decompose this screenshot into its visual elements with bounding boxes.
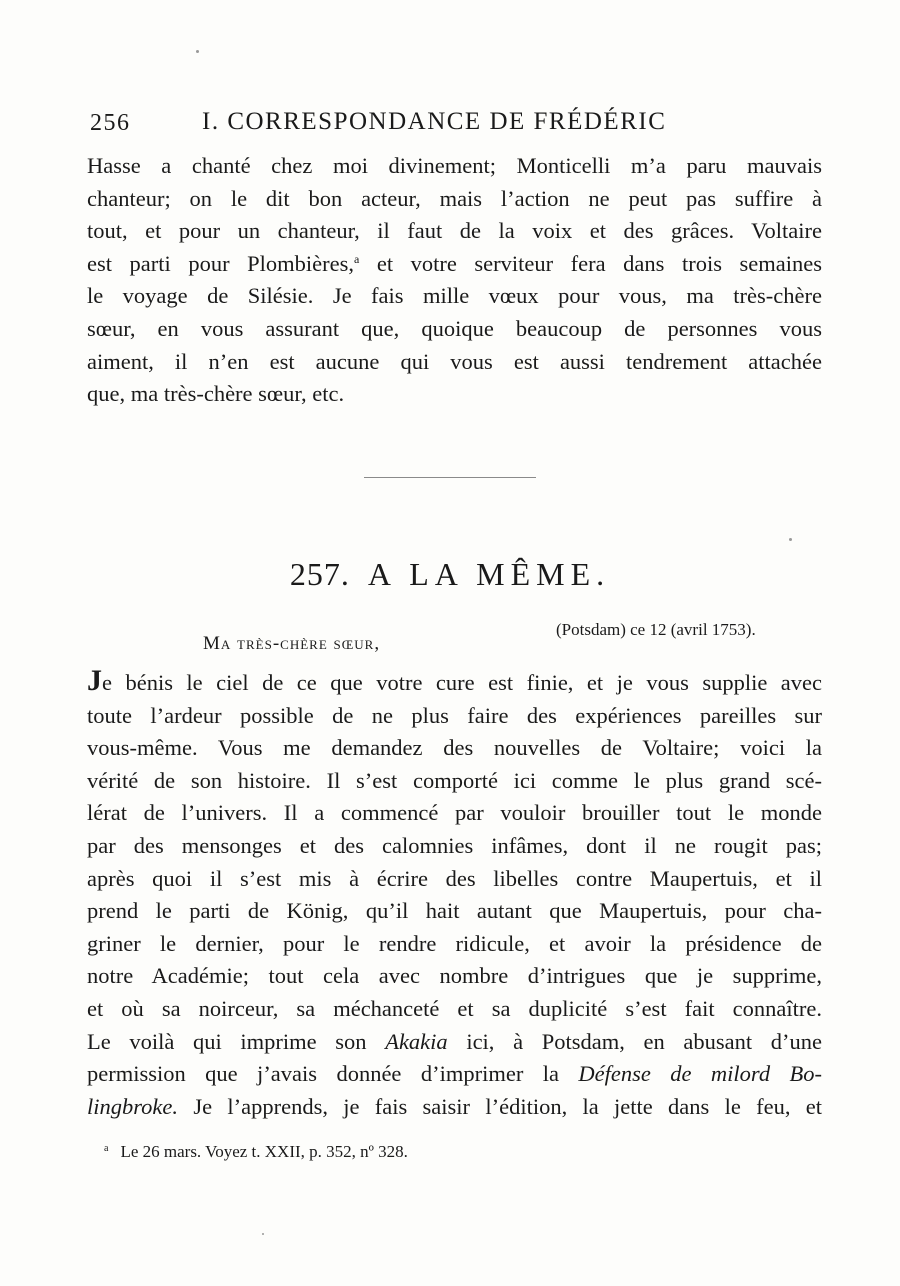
text-line: sœur, en vous assurant que, quoique beau… xyxy=(87,313,822,346)
section-divider xyxy=(364,477,536,478)
text-line: Hasse a chanté chez moi divinement; Mont… xyxy=(87,150,822,183)
text-line: notre Académie; tout cela avec nombre d’… xyxy=(87,960,822,993)
text-line: permission que j’avais donnée d’imprimer… xyxy=(87,1058,822,1091)
dateline: (Potsdam) ce 12 (avril 1753). xyxy=(556,620,756,640)
running-head: 256 I. CORRESPONDANCE DE FRÉDÉRIC xyxy=(90,108,820,142)
text-line: vérité de son histoire. Il s’est comport… xyxy=(87,765,822,798)
letter-title: A LA MÊME. xyxy=(368,556,610,592)
scan-speck xyxy=(789,538,792,541)
text-line: Le voilà qui imprime son Akakia ici, à P… xyxy=(87,1026,822,1059)
letter-heading: 257.A LA MÊME. xyxy=(0,556,900,593)
text-line: lérat de l’univers. Il a commencé par vo… xyxy=(87,797,822,830)
scan-speck xyxy=(196,50,199,53)
text-line: est parti pour Plombières,a et votre ser… xyxy=(87,248,822,281)
text-line: lingbroke. Je l’apprends, je fais saisir… xyxy=(87,1091,822,1124)
text-line: par des mensonges et des calomnies infâm… xyxy=(87,830,822,863)
text-line: Je bénis le ciel de ce que votre cure es… xyxy=(87,665,822,700)
letter-number: 257. xyxy=(290,556,350,592)
italic-title: Akakia xyxy=(385,1029,447,1054)
text-line: prend le parti de König, qu’il hait auta… xyxy=(87,895,822,928)
salutation: Ma très-chère sœur, xyxy=(203,633,380,655)
text-line: que, ma très-chère sœur, etc. xyxy=(87,378,822,411)
text-line: chanteur; on le dit bon acteur, mais l’a… xyxy=(87,183,822,216)
italic-title: Défense de milord Bo- xyxy=(578,1061,822,1086)
footnote-marker: a xyxy=(104,1143,108,1154)
text-line: griner le dernier, pour le rendre ridicu… xyxy=(87,928,822,961)
text-line: le voyage de Silésie. Je fais mille vœux… xyxy=(87,280,822,313)
text-line: vous-même. Vous me demandez des nouvelle… xyxy=(87,732,822,765)
book-page: 256 I. CORRESPONDANCE DE FRÉDÉRIC Hasse … xyxy=(0,0,900,1286)
scan-speck xyxy=(262,1233,264,1235)
text-line: toute l’ardeur possible de ne plus faire… xyxy=(87,700,822,733)
running-title: I. CORRESPONDANCE DE FRÉDÉRIC xyxy=(202,108,666,136)
letter-body: Je bénis le ciel de ce que votre cure es… xyxy=(87,665,822,1123)
footnote: aLe 26 mars. Voyez t. XXII, p. 352, nº 3… xyxy=(104,1142,408,1162)
page-number: 256 xyxy=(90,110,131,137)
continued-letter-text: Hasse a chanté chez moi divinement; Mont… xyxy=(87,150,822,411)
text-line: aiment, il n’en est aucune qui vous est … xyxy=(87,346,822,379)
text-line: tout, et pour un chanteur, il faut de la… xyxy=(87,215,822,248)
footnote-text: Le 26 mars. Voyez t. XXII, p. 352, nº 32… xyxy=(120,1142,407,1161)
text-line: après quoi il s’est mis à écrire des lib… xyxy=(87,863,822,896)
text-line: et où sa noirceur, sa méchanceté et sa d… xyxy=(87,993,822,1026)
drop-cap: J xyxy=(87,664,102,697)
italic-title: lingbroke. xyxy=(87,1094,178,1119)
